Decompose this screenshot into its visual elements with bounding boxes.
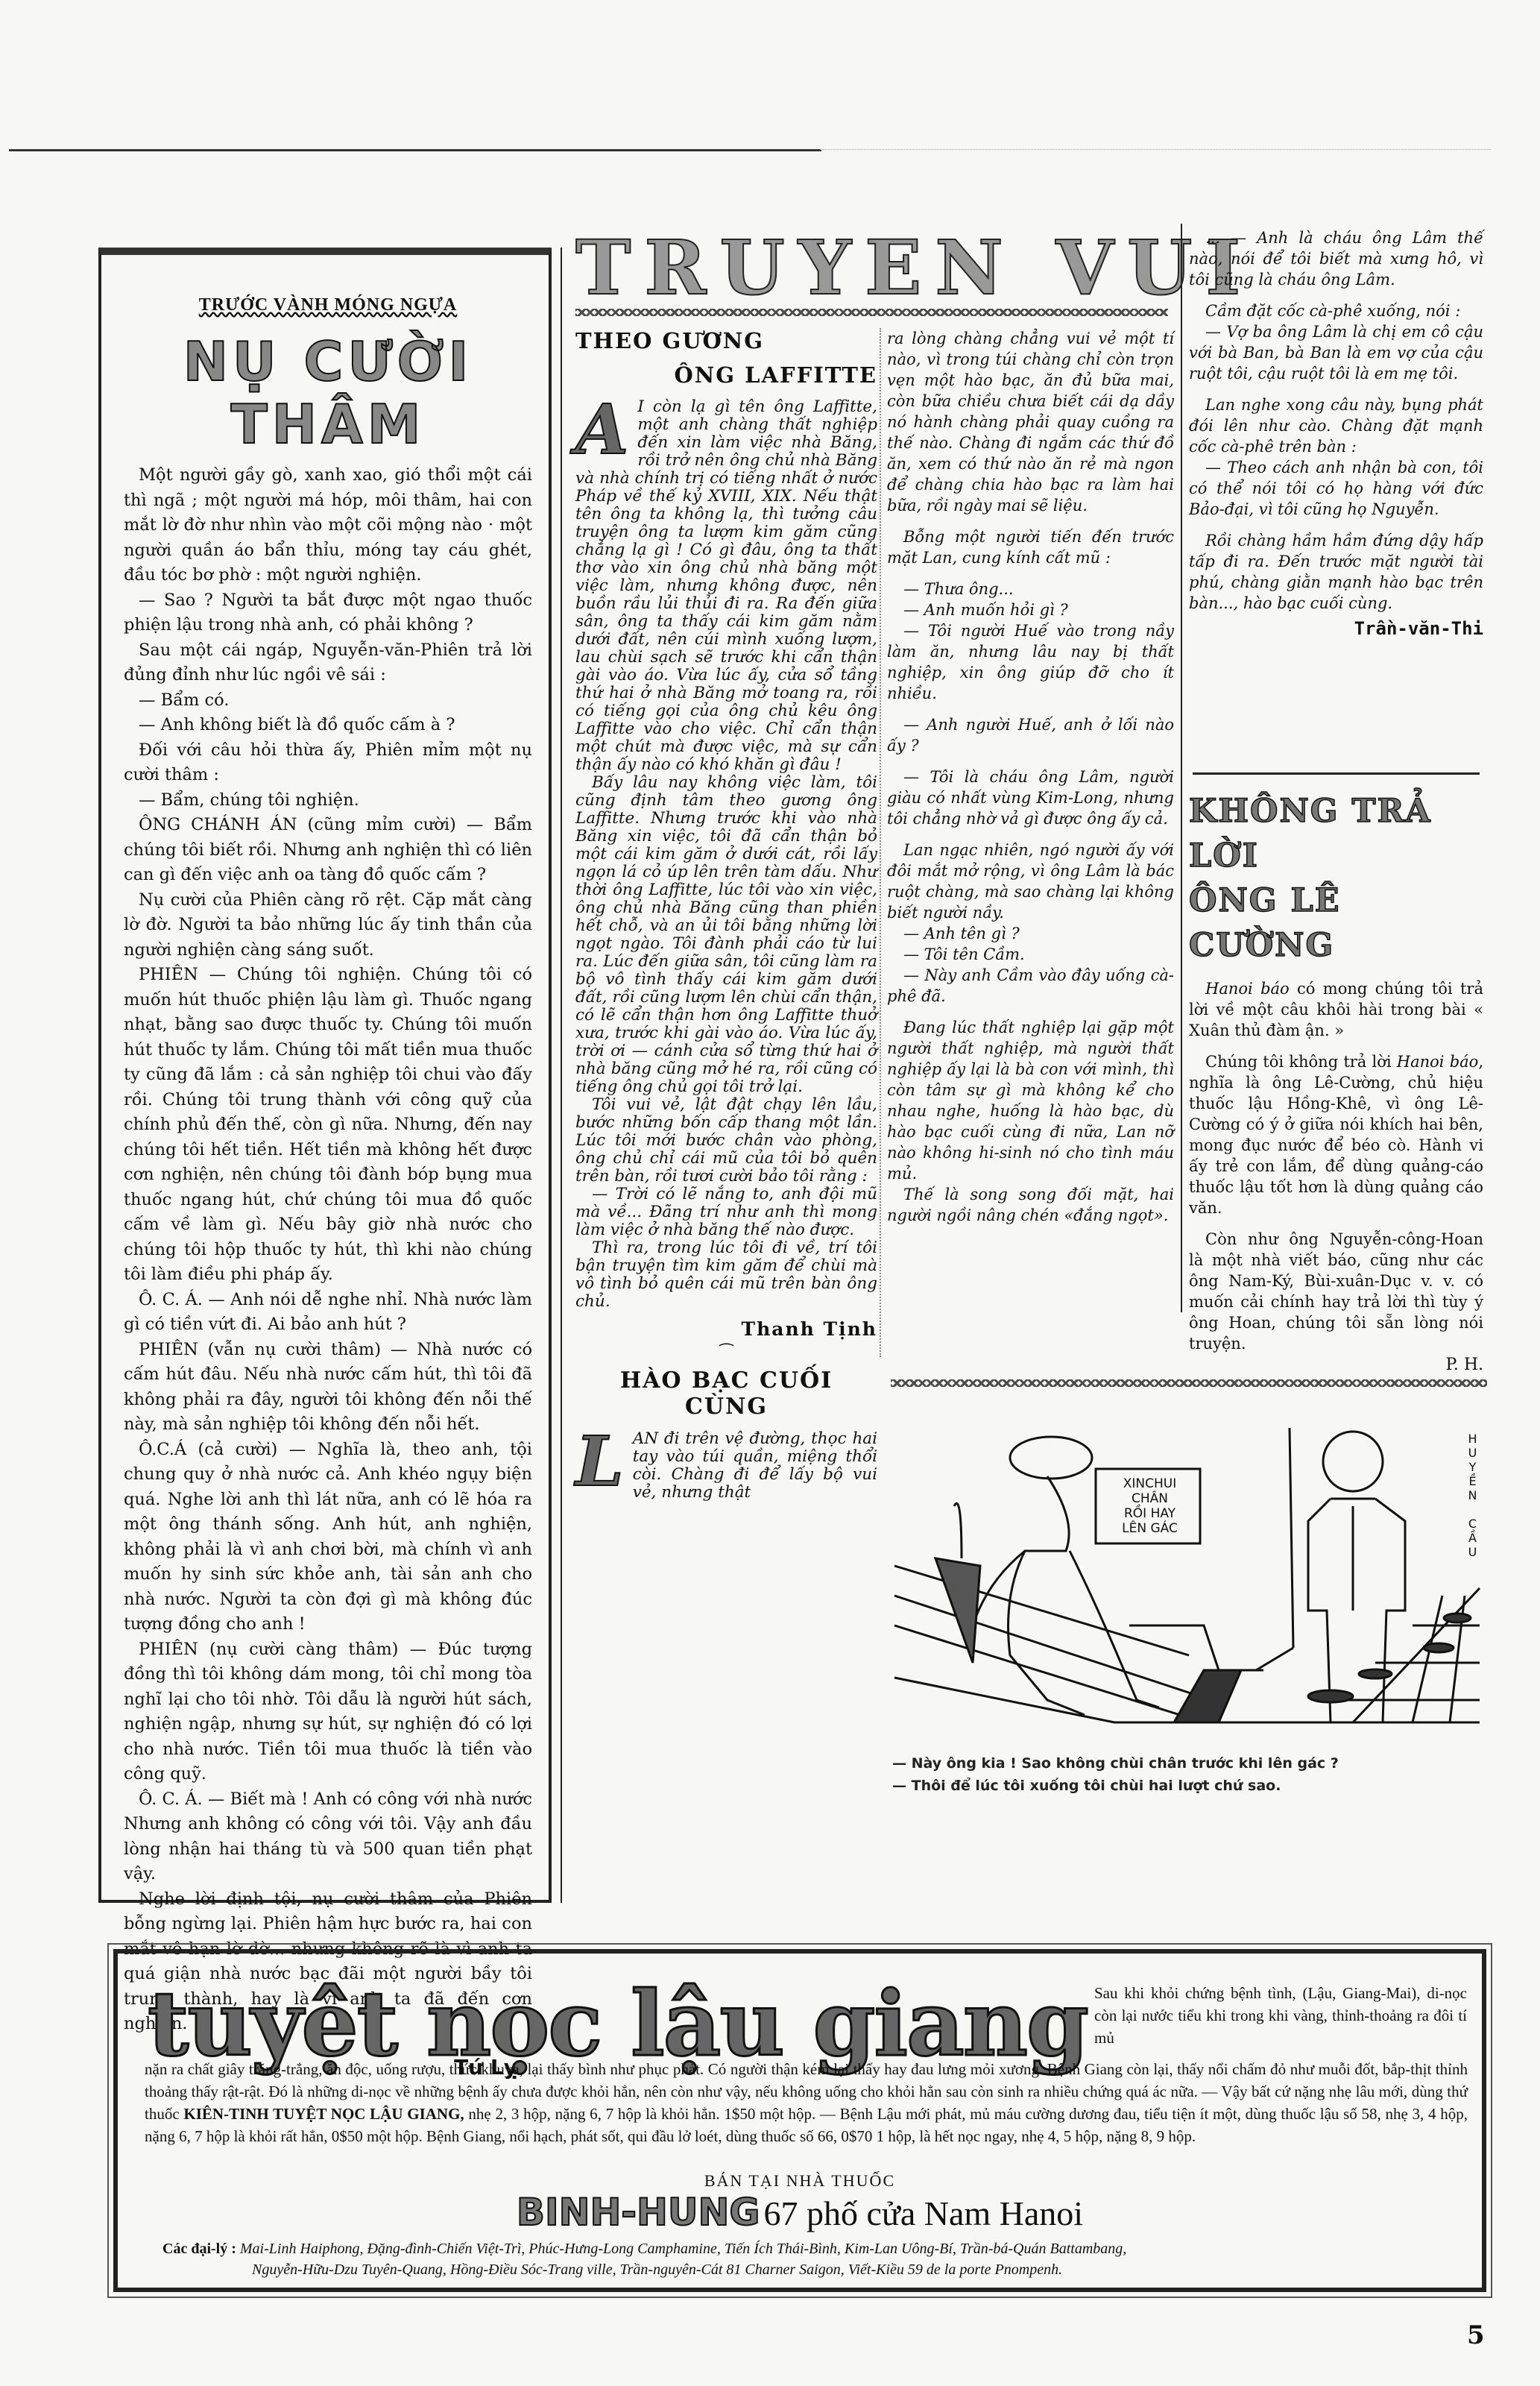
column-divider (1181, 224, 1182, 1312)
article-body: Một người gầy gò, xanh xao, gió thổi một… (124, 463, 532, 2037)
story-hao-bac-continued: ra lòng chàng chẳng vui vẻ một tí nào, v… (887, 328, 1174, 1226)
dropcap-letter: A (575, 400, 628, 459)
paragraph: Bỗng một người tiến đến trước mặt Lan, c… (887, 526, 1174, 568)
top-rule-dotted (820, 149, 1491, 151)
paragraph: — Theo cách anh nhận bà con, tôi có thể … (1189, 457, 1483, 520)
sign-line: XINCHUI (1103, 1476, 1196, 1491)
publication-name: Hanoi báo (1205, 980, 1290, 998)
paragraph: Ô.C.Á (cả cười) — Nghĩa là, theo anh, tộ… (124, 1438, 532, 1637)
paragraph: — Bẩm có. (124, 688, 532, 714)
paragraph-text: , nghĩa là ông Lê-Cường, chủ hiệu thuốc … (1189, 1053, 1483, 1217)
paragraph: Sau một cái ngáp, Nguyễn-văn-Phiên trả l… (124, 638, 532, 688)
paragraph: ÔNG CHÁNH ÁN (cũng mỉm cười) — Bẩm chúng… (124, 813, 532, 888)
paragraph-text: Chúng tôi không trả lời (1205, 1053, 1397, 1071)
paragraph: ra lòng chàng chẳng vui vẻ một tí nào, v… (887, 328, 1174, 516)
article-nu-cuoi-tham: TRƯỚC VÀNH MÓNG NGỰA NỤ CƯỜI THÂM Một ng… (98, 248, 552, 1903)
paragraph: Ô. C. Á. — Biết mà ! Anh có công với nhà… (124, 1787, 532, 1887)
story-author: Thanh Tịnh (575, 1318, 877, 1340)
sign-line: RỒI HAY (1103, 1506, 1196, 1521)
paragraph: — Bẩm, chúng tôi nghiện. (124, 788, 532, 813)
ad-body: nặn ra chất giây trăng-trắng, ăn độc, uố… (145, 2058, 1468, 2147)
page-number: 5 (1467, 2320, 1485, 2350)
ad-side-text: Sau khi khỏi chứng bệnh tình, (Lậu, Gian… (1094, 1982, 1467, 2049)
article-title: NỤ CƯỜI THÂM (124, 330, 532, 456)
story-title-line1: THEO GƯƠNG (575, 328, 877, 353)
paragraph: — Anh người Huế, anh ở lối nào ấy ? (887, 714, 1174, 756)
paragraph: Thế là song song đối mặt, hai người ngồi… (887, 1184, 1174, 1226)
paragraph: Ô. C. Á. — Anh nói dễ nghe nhỉ. Nhà nước… (124, 1288, 532, 1338)
paragraph: Nụ cười của Phiên càng rõ rệt. Cặp mắt c… (124, 888, 532, 963)
paragraph: — Anh muốn hỏi gì ? (887, 599, 1174, 620)
article-title-line2: ÔNG LÊ CƯỜNG (1189, 878, 1483, 968)
column-divider (561, 248, 562, 1903)
paragraph: PHIÊN (nụ cười càng thâm) — Đúc tượng đồ… (124, 1637, 532, 1787)
column-divider (880, 328, 881, 1357)
paragraph: PHIÊN — Chúng tôi nghiện. Chúng tôi có m… (124, 963, 532, 1288)
cartoon-caption: — Này ông kia ! Sao không chùi chân trướ… (892, 1752, 1481, 1797)
paragraph: — Tôi người Huế vào trong nầy làm ăn, nh… (887, 620, 1174, 704)
publication-name: Hanoi báo (1397, 1053, 1479, 1071)
paragraph: Đang lúc thất nghiệp lại gặp một người t… (887, 1017, 1174, 1184)
cartoon-illustration: XINCHUI CHÂN RỒI HAY LÊN GÁC HUYỀN CẦU —… (891, 1402, 1487, 1834)
ornamental-rule (575, 309, 1168, 316)
sign-line: LÊN GÁC (1103, 1521, 1196, 1536)
story-theo-guong-laffitte: THEO GƯƠNG ÔNG LAFFITTE AI còn lạ gì tên… (575, 328, 877, 1502)
top-rule (9, 149, 821, 151)
sign-line: CHÂN (1103, 1491, 1196, 1506)
paragraph: Rồi chàng hầm hầm đứng dậy hấp tấp đi ra… (1189, 530, 1483, 614)
paragraph: — Thưa ông... (887, 579, 1174, 599)
ornament-icon: ⁀ (575, 1344, 877, 1363)
ad-agents: Các đại-lý : Mai-Linh Haiphong, Đặng-đìn… (162, 2238, 1474, 2280)
advertisement-box: tuyệt nọc lậu giang Sau khi khỏi chứng b… (113, 1949, 1486, 2292)
pharmacy-name: BINH-HUNG (517, 2191, 760, 2234)
paragraph: Thì ra, trong lúc tôi đi về, trí tôi bận… (575, 1239, 877, 1311)
agents-label: Các đại-lý : (162, 2241, 236, 2257)
story-lead: AI còn lạ gì tên ông Laffitte, một anh c… (575, 398, 877, 774)
paragraph: — Trời có lẽ nắng to, anh đội mũ mà về..… (575, 1186, 877, 1239)
paragraph: — Tôi tên Cầm. (887, 944, 1174, 965)
dropcap-letter: L (575, 1432, 624, 1491)
article-khong-tra-loi: KHÔNG TRẢ LỜI ÔNG LÊ CƯỜNG Hanoi báo có … (1189, 789, 1483, 1374)
section-header-truyen-vui: TRUYEN VUI (575, 224, 1172, 306)
paragraph: Cầm đặt cốc cà-phê xuống, nói : (1189, 300, 1483, 321)
story-title: HÀO BẠC CUỐI CÙNG (575, 1367, 877, 1420)
story-lead: LAN đi trên vệ đường, thọc hai tay vào t… (575, 1430, 877, 1502)
paragraph: Bấy lâu nay không việc làm, tôi cũng địn… (575, 774, 877, 1096)
paragraph: — Anh không biết là đồ quốc cấm à ? (124, 713, 532, 738)
paragraph: — Này anh Cầm vào đây uống cà-phê đã. (887, 965, 1174, 1007)
paragraph: Lan ngạc nhiên, ngó người ấy với đôi mắt… (887, 840, 1174, 923)
section-rule (1193, 772, 1480, 775)
article-title-line1: KHÔNG TRẢ LỜI (1189, 789, 1483, 878)
agents-line: Nguyễn-Hữu-Dzu Tuyên-Quang, Hồng-Điều Só… (252, 2261, 1062, 2278)
paragraph: Tôi vui vẻ, lật đật chạy lên lầu, bước n… (575, 1096, 877, 1186)
paragraph: Một người gầy gò, xanh xao, gió thổi một… (124, 463, 532, 588)
paragraph: Chúng tôi không trả lời Hanoi báo, nghĩa… (1189, 1051, 1483, 1218)
paragraph: Đối với câu hỏi thừa ấy, Phiên mỉm một n… (124, 738, 532, 788)
ad-product-name: KIÊN-TINH TUYỆT NỌC LẬU GIANG, (183, 2105, 464, 2123)
ad-sold-at: BÁN TẠI NHÀ THUỐC (118, 2171, 1482, 2191)
story-author: Trần-văn-Thi (1189, 618, 1483, 639)
cartoon-sign: XINCHUI CHÂN RỒI HAY LÊN GÁC (1103, 1476, 1196, 1536)
paragraph: — Vợ ba ông Lâm là chị em cô cậu với bà … (1189, 321, 1483, 384)
caption-line: — Này ông kia ! Sao không chùi chân trướ… (892, 1752, 1481, 1775)
article-author: P. H. (1189, 1356, 1483, 1374)
story-hao-bac-ending: ... — Anh là cháu ông Lâm thế nào, nói đ… (1189, 227, 1483, 639)
paragraph: — Anh tên gì ? (887, 923, 1174, 944)
ad-headline: tuyệt nọc lậu giang (148, 1983, 1088, 2065)
paragraph: Lan nghe xong câu này, bụng phát đói lên… (1189, 394, 1483, 457)
artist-signature: HUYỀN CẦU (1468, 1432, 1480, 1559)
paragraph: ... — Anh là cháu ông Lâm thế nào, nói đ… (1189, 227, 1483, 290)
paragraph: — Tôi là cháu ông Lâm, người giàu có nhấ… (887, 767, 1174, 829)
caption-line: — Thôi để lúc tôi xuống tôi chùi hai lượ… (892, 1775, 1481, 1797)
story-lead-text: AN đi trên vệ đường, thọc hai tay vào tú… (633, 1429, 877, 1502)
cartoon-drawing (891, 1402, 1487, 1730)
paragraph: PHIÊN (vẫn nụ cười thâm) — Nhà nước có c… (124, 1338, 532, 1438)
pharmacy-address: 67 phố cửa Nam Hanoi (763, 2194, 1083, 2232)
agents-line: Mai-Linh Haiphong, Đặng-đình-Chiến Việt-… (240, 2241, 1126, 2257)
paragraph: Hanoi báo có mong chúng tôi trả lời về m… (1189, 978, 1483, 1041)
article-kicker: TRƯỚC VÀNH MÓNG NGỰA (124, 295, 532, 315)
ornamental-rule (891, 1379, 1487, 1387)
story-title-line2: ÔNG LAFFITTE (575, 362, 877, 388)
paragraph: Còn như ông Nguyễn-công-Hoan là một nhà … (1189, 1229, 1483, 1354)
paragraph: — Sao ? Người ta bắt được một ngao thuốc… (124, 588, 532, 638)
ad-pharmacy-line: BINH-HUNG 67 phố cửa Nam Hanoi (118, 2191, 1482, 2234)
